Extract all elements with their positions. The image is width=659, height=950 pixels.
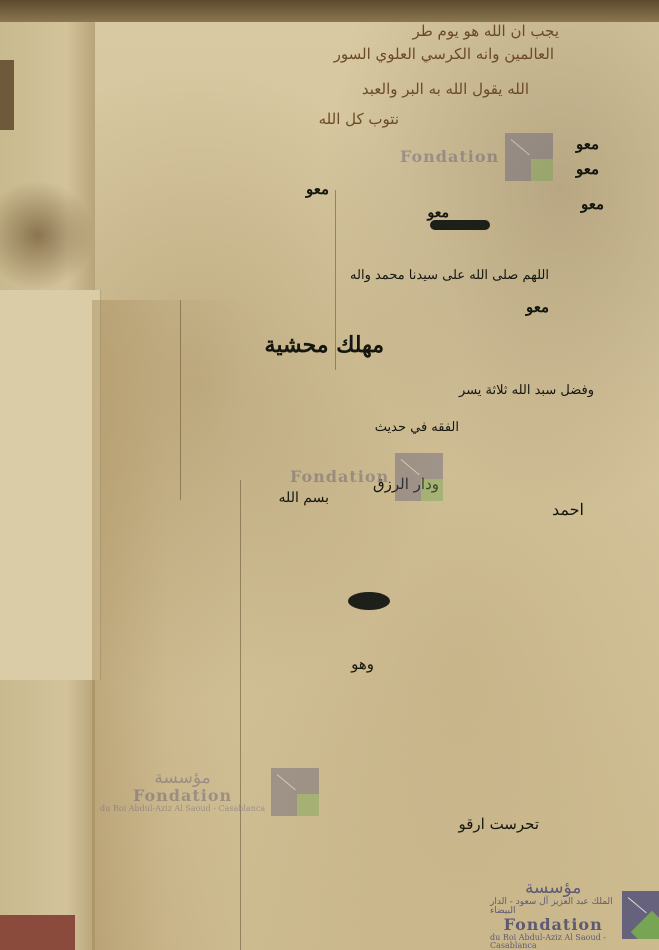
watermark-french-title: Fondation [290,469,389,486]
watermark-french-subtitle: du Roi Abdul-Aziz Al Saoud - Casablanca [490,934,616,950]
ink-blot [430,220,490,230]
foundation-logo-icon [395,453,443,501]
top-edge-band [0,0,659,22]
watermark-arabic-title: مؤسسة [525,880,581,898]
water-stain [0,180,95,290]
manuscript-page: يجب ان الله هو يوم طر العالمين وانه الكر… [0,0,659,950]
handwriting-line: الفقه في حديث [375,420,459,435]
foundation-watermark: مؤسسة الملك عبد العزيز آل سعود - الدار ا… [490,880,659,950]
watermark: مؤسسة Fondation du Roi Abdul-Aziz Al Sao… [100,768,319,816]
handwriting-line: وهو [351,655,374,673]
handwriting-line: وفضل سبد الله ثلاثة يسر [459,383,594,398]
paper-crack [240,480,241,950]
foundation-logo-icon [505,133,553,181]
bottom-note: تحرست ارقو [458,815,539,833]
handwriting-note: معو [306,180,329,198]
name-line: مهلك محشية [265,332,384,358]
foundation-logo-icon [622,891,659,939]
handwriting-line: يجب ان الله هو يوم طر [413,22,559,40]
watermark-french-title: Fondation [133,788,232,805]
watermark: Fondation [290,453,443,501]
watermark-french-title: Fondation [400,149,499,166]
margin-note: معو [576,135,599,153]
handwriting-line: الله يقول الله به البر والعبد [362,80,529,98]
watermark: Fondation [400,133,553,181]
red-cover-fragment [0,915,75,950]
ink-blot [348,592,390,610]
margin-note: معو [576,160,599,178]
side-mark: معو [526,298,549,316]
watermark-french-subtitle: du Roi Abdul-Aziz Al Saoud - Casablanca [100,805,265,813]
handwriting-note: معو [428,205,450,221]
handwriting-line: العالمين وانه الكرسي العلوي السور [334,45,554,63]
paper-crack [180,300,181,500]
watermark-arabic-subtitle: الملك عبد العزيز آل سعود - الدار البيضاء [490,898,616,917]
stain-strip [92,300,242,950]
paper-repair-patch [0,290,101,680]
salawat-line: اللهم صلى الله على سيدنا محمد واله [350,268,549,283]
handwriting-line: احمد [552,500,584,519]
handwriting-line: نتوب كل الله [319,110,399,128]
binding-tab [0,60,14,130]
foundation-logo-icon [271,768,319,816]
margin-note: معو [581,195,604,213]
watermark-french-title: Fondation [504,917,603,934]
